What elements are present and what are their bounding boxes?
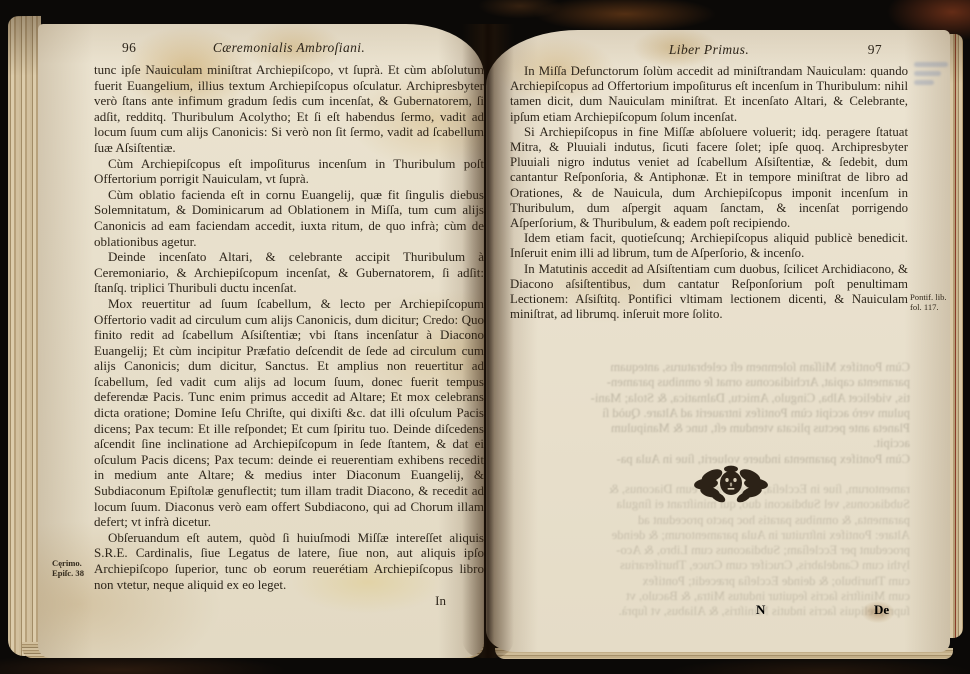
paragraph: Deinde incenſato Altari, & celebrante ac…	[94, 249, 484, 296]
showthrough-text-top: Cùm Pontifex Miſſam ſolemnem eſt celebra…	[506, 360, 910, 467]
left-running-title: Cæremonialis Ambroſiani.	[213, 40, 365, 56]
paragraph: In Matutinis accedit ad Aſsiſtentiam cum…	[510, 262, 908, 323]
book-photo: 96 Cæremonialis Ambroſiani. tunc ipſe Na…	[0, 0, 970, 674]
paragraph: Mox reuertitur ad ſuum ſcabellum, & lect…	[94, 296, 484, 530]
right-page: Liber Primus. 97 In Miſſa Defunctorum ſo…	[486, 30, 950, 652]
signature-mark: N	[756, 602, 765, 618]
right-page-number: 97	[868, 42, 882, 57]
left-text-block: 96 Cæremonialis Ambroſiani. tunc ipſe Na…	[94, 40, 484, 609]
paragraph: Cùm oblatio facienda eſt in cornu Euange…	[94, 187, 484, 249]
cherub-ornament-icon	[692, 462, 770, 510]
cherub-ornament	[692, 462, 770, 510]
right-running-title: Liber Primus.	[669, 42, 749, 57]
fore-edge-left	[8, 16, 41, 656]
paragraph: In Miſſa Defunctorum ſolùm accedit ad mi…	[510, 64, 908, 125]
left-running-head: 96 Cæremonialis Ambroſiani.	[94, 40, 484, 60]
left-page-number: 96	[122, 40, 136, 56]
paragraph: Si Archiepiſcopus in fine Miſſæ abſoluer…	[510, 125, 908, 231]
gutter-shadow	[462, 24, 514, 658]
right-margin-note: Pontif. lib. fol. 117.	[910, 292, 954, 312]
signature-row: N De	[510, 602, 908, 618]
paragraph: Idem etiam facit, quotieſcunq; Archiepiſ…	[510, 231, 908, 261]
margin-showthrough	[914, 58, 948, 102]
right-running-head: Liber Primus. 97	[510, 42, 908, 62]
paragraph: Cùm Archiepiſcopus eſt impoſiturus incen…	[94, 156, 484, 187]
paragraph: Obſeruandum eſt autem, quòd ſi huiuſmodi…	[94, 530, 484, 592]
left-catchword: In	[94, 593, 484, 609]
right-text-block: Liber Primus. 97 In Miſſa Defunctorum ſo…	[510, 42, 908, 322]
left-margin-note: Cęrimo. Epiſc. 38	[52, 558, 96, 578]
paragraph: tunc ipſe Nauiculam miniſtrat Archiepiſc…	[94, 62, 484, 156]
right-catchword: De	[874, 602, 889, 618]
left-page: 96 Cæremonialis Ambroſiani. tunc ipſe Na…	[38, 24, 484, 658]
